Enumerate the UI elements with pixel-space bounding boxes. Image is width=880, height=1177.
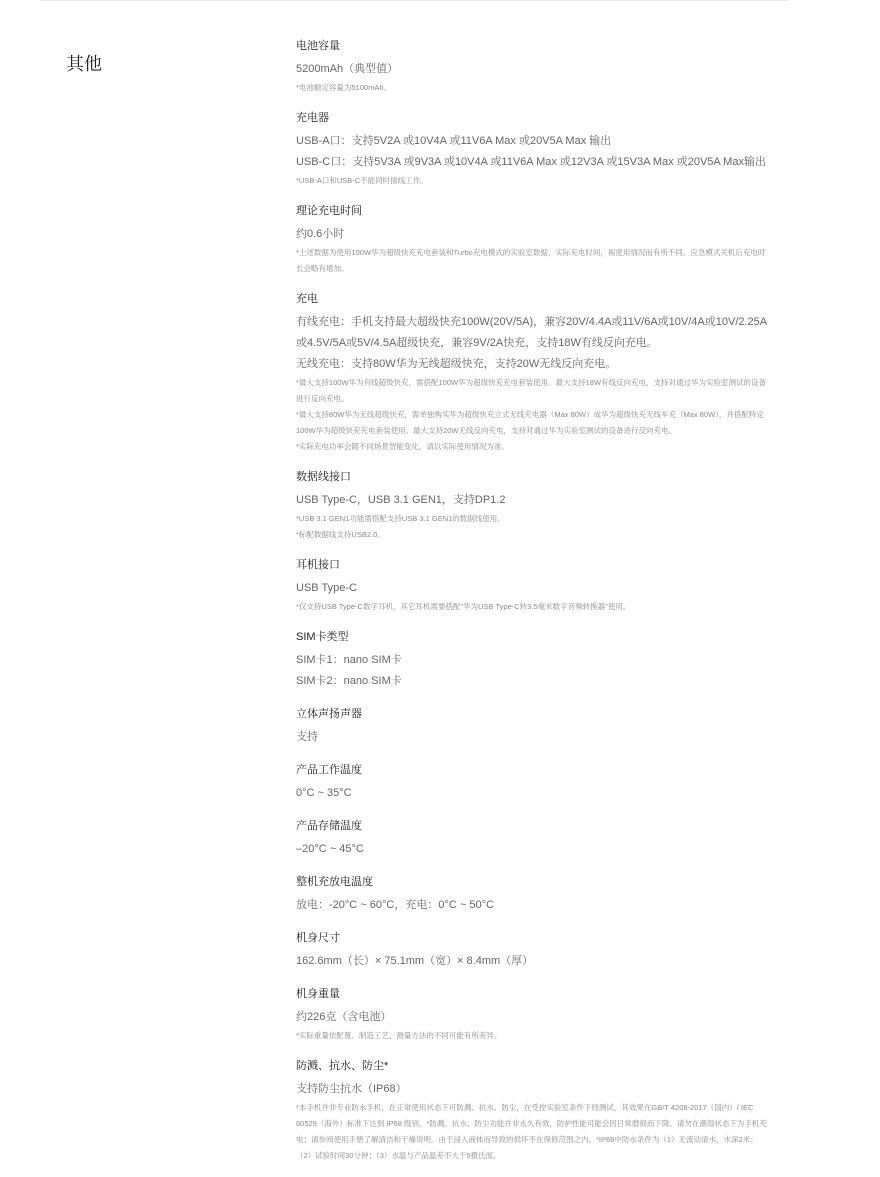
spec-water-dust-resistance: 防溅、抗水、防尘* 支持防尘抗水（IP68） *本手机并非专业防水手机，在正常使… xyxy=(296,1058,768,1164)
spec-value: SIM卡1：nano SIM卡 xyxy=(296,650,768,671)
spec-value: 162.6mm（长）× 75.1mm（宽）× 8.4mm（厚） xyxy=(296,951,768,972)
spec-charge-discharge-temp: 整机充放电温度 放电：-20°C ~ 60°C，充电：0°C ~ 50°C xyxy=(296,874,768,916)
spec-value: USB Type-C，USB 3.1 GEN1，支持DP1.2 xyxy=(296,490,768,511)
spec-note: *标配数据线支持USB2.0。 xyxy=(296,527,768,543)
spec-note: *最大支持80W华为无线超级快充，需单独购买华为超级快充立式无线充电器（Max … xyxy=(296,407,768,439)
spec-note: *USB-A口和USB-C不能同时插线工作。 xyxy=(296,173,768,189)
spec-title: 机身尺寸 xyxy=(296,930,768,946)
spec-value: 支持防尘抗水（IP68） xyxy=(296,1079,768,1100)
spec-headphone-port: 耳机接口 USB Type-C *仅支持USB Type-C数字耳机，其它耳机需… xyxy=(296,557,768,615)
spec-title: 耳机接口 xyxy=(296,557,768,573)
spec-title: 理论充电时间 xyxy=(296,203,768,219)
spec-value: 有线充电：手机支持最大超级快充100W(20V/5A)，兼容20V/4.4A或1… xyxy=(296,312,768,354)
spec-value: 无线充电：支持80W华为无线超级快充，支持20W无线反向充电。 xyxy=(296,354,768,375)
spec-title: 防溅、抗水、防尘* xyxy=(296,1058,768,1074)
spec-title: 充电器 xyxy=(296,110,768,126)
spec-title: 电池容量 xyxy=(296,38,768,54)
spec-note: *仅支持USB Type-C数字耳机，其它耳机需要搭配"华为USB Type-C… xyxy=(296,599,768,615)
spec-title: 数据线接口 xyxy=(296,469,768,485)
spec-value: USB-A口：支持5V2A 或10V4A 或11V6A Max 或20V5A M… xyxy=(296,131,768,152)
spec-battery-capacity: 电池容量 5200mAh（典型值） *电池额定容量为5100mAh。 xyxy=(296,38,768,96)
spec-note: *实际充电功率会随不同场景智能变化，请以实际使用情况为准。 xyxy=(296,439,768,455)
spec-charger: 充电器 USB-A口：支持5V2A 或10V4A 或11V6A Max 或20V… xyxy=(296,110,768,189)
spec-value: 0°C ~ 35°C xyxy=(296,783,768,804)
spec-value: 放电：-20°C ~ 60°C，充电：0°C ~ 50°C xyxy=(296,895,768,916)
spec-charging: 充电 有线充电：手机支持最大超级快充100W(20V/5A)，兼容20V/4.4… xyxy=(296,291,768,455)
spec-stereo-speaker: 立体声扬声器 支持 xyxy=(296,706,768,748)
spec-title: SIM卡类型 xyxy=(296,629,768,645)
spec-title: 整机充放电温度 xyxy=(296,874,768,890)
spec-dimensions: 机身尺寸 162.6mm（长）× 75.1mm（宽）× 8.4mm（厚） xyxy=(296,930,768,972)
top-divider xyxy=(40,0,787,1)
spec-title: 立体声扬声器 xyxy=(296,706,768,722)
spec-storage-temp: 产品存储温度 –20°C ~ 45°C xyxy=(296,818,768,860)
spec-value: 约226克（含电池） xyxy=(296,1007,768,1028)
spec-sim-type: SIM卡类型 SIM卡1：nano SIM卡 SIM卡2：nano SIM卡 xyxy=(296,629,768,692)
spec-value: USB Type-C xyxy=(296,578,768,599)
section-title: 其他 xyxy=(66,53,102,75)
spec-note: *本手机并非专业防水手机，在正常使用状态下可防溅、抗水、防尘，在受控实验室条件下… xyxy=(296,1100,768,1164)
spec-title: 机身重量 xyxy=(296,986,768,1002)
spec-value: 约0.6小时 xyxy=(296,224,768,245)
spec-title: 充电 xyxy=(296,291,768,307)
spec-list: 电池容量 5200mAh（典型值） *电池额定容量为5100mAh。 充电器 U… xyxy=(296,38,768,1177)
spec-value: –20°C ~ 45°C xyxy=(296,839,768,860)
spec-value: SIM卡2：nano SIM卡 xyxy=(296,671,768,692)
spec-note: *最大支持100W华为有线超级快充，需搭配100W华为超级快充充电套装使用。最大… xyxy=(296,375,768,407)
spec-value: 5200mAh（典型值） xyxy=(296,59,768,80)
spec-title: 产品工作温度 xyxy=(296,762,768,778)
spec-data-port: 数据线接口 USB Type-C，USB 3.1 GEN1，支持DP1.2 *U… xyxy=(296,469,768,543)
spec-note: *USB 3.1 GEN1功能需搭配支持USB 3.1 GEN1的数据线使用。 xyxy=(296,511,768,527)
spec-weight: 机身重量 约226克（含电池） *实际重量依配置、制造工艺、测量方法的不同可能有… xyxy=(296,986,768,1044)
spec-operating-temp: 产品工作温度 0°C ~ 35°C xyxy=(296,762,768,804)
spec-value: 支持 xyxy=(296,727,768,748)
spec-charging-time: 理论充电时间 约0.6小时 *上述数据为使用100W华为超级快充充电套装和Tur… xyxy=(296,203,768,277)
spec-note: *电池额定容量为5100mAh。 xyxy=(296,80,768,96)
spec-title: 产品存储温度 xyxy=(296,818,768,834)
spec-note: *上述数据为使用100W华为超级快充充电套装和Turbo充电模式的实验室数据，实… xyxy=(296,245,768,277)
spec-value: USB-C口：支持5V3A 或9V3A 或10V4A 或11V6A Max 或1… xyxy=(296,152,768,173)
spec-note: *实际重量依配置、制造工艺、测量方法的不同可能有所差异。 xyxy=(296,1028,768,1044)
